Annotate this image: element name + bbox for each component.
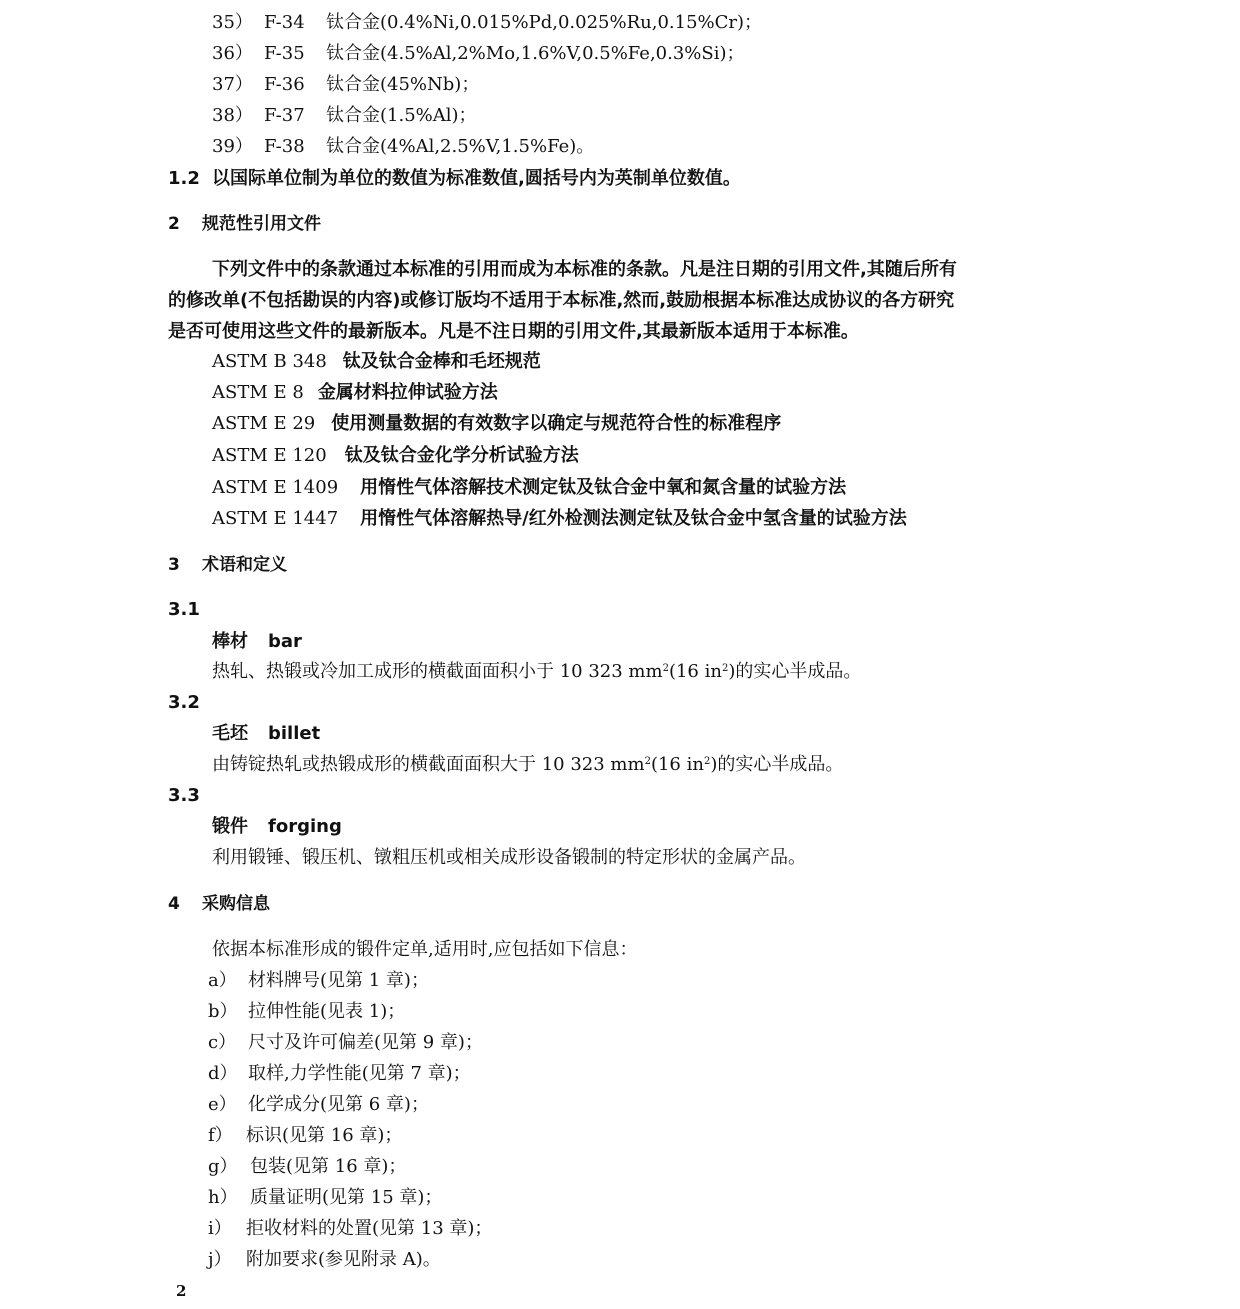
term-definition: 利用锻锤、锻压机、镦粗压机或相关成形设备锻制的特定形状的金属产品。 [212,846,806,870]
list-item: f）标识(见第 16 章)； [208,1124,402,1148]
item-number: 39） [212,135,264,159]
list-text: 尺寸及许可偏差(见第 9 章)； [248,1032,483,1053]
section-title: 术语和定义 [202,555,287,575]
item-number: 35） [212,11,264,35]
section-3-heading: 3术语和定义 [168,553,287,577]
list-text: 拉伸性能(见表 1)； [248,1001,405,1022]
reference-title: 钛及钛合金棒和毛坯规范 [343,351,541,372]
reference-code: ASTM E 8 [212,382,304,403]
reference-title: 用惰性气体溶解技术测定钛及钛合金中氧和氮含量的试验方法 [360,477,846,498]
clause-1-2: 1.2以国际单位制为单位的数值为标准数值,圆括号内为英制单位数值。 [168,167,741,191]
reference-title: 金属材料拉伸试验方法 [318,382,498,403]
section-2-heading: 2规范性引用文件 [168,212,321,236]
list-label: c） [208,1031,248,1055]
paragraph-line: 下列文件中的条款通过本标准的引用而成为本标准的条款。凡是注日期的引用文件,其随后… [212,258,957,282]
reference-item: ASTM E 29使用测量数据的有效数字以确定与规范符合性的标准程序 [212,412,781,436]
paragraph-line: 是否可使用这些文件的最新版本。凡是不注日期的引用文件,其最新版本适用于本标准。 [168,320,859,344]
section-title: 采购信息 [202,894,270,914]
section-4-heading: 4采购信息 [168,892,270,916]
reference-item: ASTM E 1409用惰性气体溶解技术测定钛及钛合金中氧和氮含量的试验方法 [212,476,846,500]
list-label: g） [208,1155,250,1179]
section-intro: 依据本标准形成的锻件定单,适用时,应包括如下信息： [212,938,637,962]
item-number: 37） [212,73,264,97]
list-label: a） [208,969,248,993]
definition-text: )的实心半成品。 [710,754,843,775]
reference-item: ASTM E 8金属材料拉伸试验方法 [212,381,498,405]
alloy-code: F-35 [264,42,326,66]
term-english: bar [268,631,302,652]
alloy-list-item: 35）F-34钛合金(0.4%Ni,0.015%Pd,0.025%Ru,0.15… [212,11,762,35]
reference-code: ASTM E 1409 [212,477,338,498]
term-number: 3.3 [168,784,200,808]
definition-text: 热轧、热锻或冷加工成形的横截面面积小于 10 323 mm [212,661,663,682]
term-number: 3.2 [168,691,200,715]
term-chinese: 毛坯 [212,723,248,744]
list-item: i）拒收材料的处置(见第 13 章)； [208,1217,492,1241]
alloy-code: F-38 [264,135,326,159]
term-heading: 毛坯billet [212,722,320,746]
list-item: d）取样,力学性能(见第 7 章)； [208,1062,471,1086]
reference-code: ASTM E 120 [212,445,327,466]
definition-text: 由铸锭热轧或热锻成形的横截面面积大于 10 323 mm [212,754,645,775]
list-item: c）尺寸及许可偏差(见第 9 章)； [208,1031,483,1055]
list-text: 质量证明(见第 15 章)； [250,1187,442,1208]
reference-title: 钛及钛合金化学分析试验方法 [345,445,579,466]
definition-text: )的实心半成品。 [728,661,861,682]
term-chinese: 锻件 [212,816,248,837]
item-number: 38） [212,104,264,128]
alloy-list-item: 38）F-37钛合金(1.5%Al)； [212,104,477,128]
item-number: 36） [212,42,264,66]
reference-code: ASTM B 348 [212,351,327,372]
alloy-description: 钛合金(4.5%Al,2%Mo,1.6%V,0.5%Fe,0.3%Si)； [326,43,745,64]
term-heading: 棒材bar [212,630,302,654]
list-text: 包装(见第 16 章)； [250,1156,406,1177]
section-number: 2 [168,212,202,236]
list-label: h） [208,1186,250,1210]
list-text: 取样,力学性能(见第 7 章)； [248,1063,471,1084]
alloy-description: 钛合金(1.5%Al)； [326,105,477,126]
term-definition: 由铸锭热轧或热锻成形的横截面面积大于 10 323 mm2(16 in2)的实心… [212,753,843,777]
reference-title: 使用测量数据的有效数字以确定与规范符合性的标准程序 [331,413,781,434]
term-english: forging [268,816,342,837]
alloy-list-item: 37）F-36钛合金(45%Nb)； [212,73,479,97]
reference-item: ASTM E 1447用惰性气体溶解热导/红外检测法测定钛及钛合金中氢含量的试验… [212,507,907,531]
alloy-description: 钛合金(45%Nb)； [326,74,479,95]
term-chinese: 棒材 [212,631,248,652]
list-label: b） [208,1000,248,1024]
list-label: d） [208,1062,248,1086]
list-text: 化学成分(见第 6 章)； [248,1094,429,1115]
section-title: 规范性引用文件 [202,214,321,234]
term-number: 3.1 [168,598,200,622]
section-number: 3 [168,553,202,577]
definition-text: (16 in [669,661,722,682]
list-item: g）包装(见第 16 章)； [208,1155,406,1179]
reference-item: ASTM B 348钛及钛合金棒和毛坯规范 [212,350,541,374]
list-item: j）附加要求(参见附录 A)。 [208,1248,441,1272]
term-english: billet [268,723,320,744]
page-number: 2 [176,1279,186,1303]
clause-text: 以国际单位制为单位的数值为标准数值,圆括号内为英制单位数值。 [212,168,741,189]
alloy-description: 钛合金(4%Al,2.5%V,1.5%Fe)。 [326,136,594,157]
list-item: h）质量证明(见第 15 章)； [208,1186,442,1210]
alloy-description: 钛合金(0.4%Ni,0.015%Pd,0.025%Ru,0.15%Cr)； [326,12,762,33]
reference-title: 用惰性气体溶解热导/红外检测法测定钛及钛合金中氢含量的试验方法 [360,508,907,529]
list-text: 附加要求(参见附录 A)。 [246,1249,441,1270]
list-label: j） [208,1248,246,1272]
term-definition: 热轧、热锻或冷加工成形的横截面面积小于 10 323 mm2(16 in2)的实… [212,660,861,684]
definition-text: (16 in [651,754,704,775]
list-item: b）拉伸性能(见表 1)； [208,1000,405,1024]
list-text: 拒收材料的处置(见第 13 章)； [246,1218,492,1239]
alloy-code: F-37 [264,104,326,128]
list-text: 标识(见第 16 章)； [246,1125,402,1146]
clause-number: 1.2 [168,167,212,191]
reference-code: ASTM E 29 [212,413,315,434]
section-number: 4 [168,892,202,916]
list-item: a）材料牌号(见第 1 章)； [208,969,429,993]
reference-code: ASTM E 1447 [212,508,338,529]
list-text: 材料牌号(见第 1 章)； [248,970,429,991]
alloy-list-item: 39）F-38钛合金(4%Al,2.5%V,1.5%Fe)。 [212,135,594,159]
alloy-code: F-34 [264,11,326,35]
list-label: i） [208,1217,246,1241]
list-label: e） [208,1093,248,1117]
list-item: e）化学成分(见第 6 章)； [208,1093,429,1117]
term-heading: 锻件forging [212,815,342,839]
reference-item: ASTM E 120钛及钛合金化学分析试验方法 [212,444,579,468]
alloy-code: F-36 [264,73,326,97]
list-label: f） [208,1124,246,1148]
alloy-list-item: 36）F-35钛合金(4.5%Al,2%Mo,1.6%V,0.5%Fe,0.3%… [212,42,745,66]
paragraph-line: 的修改单(不包括勘误的内容)或修订版均不适用于本标准,然而,鼓励根据本标准达成协… [168,289,954,313]
